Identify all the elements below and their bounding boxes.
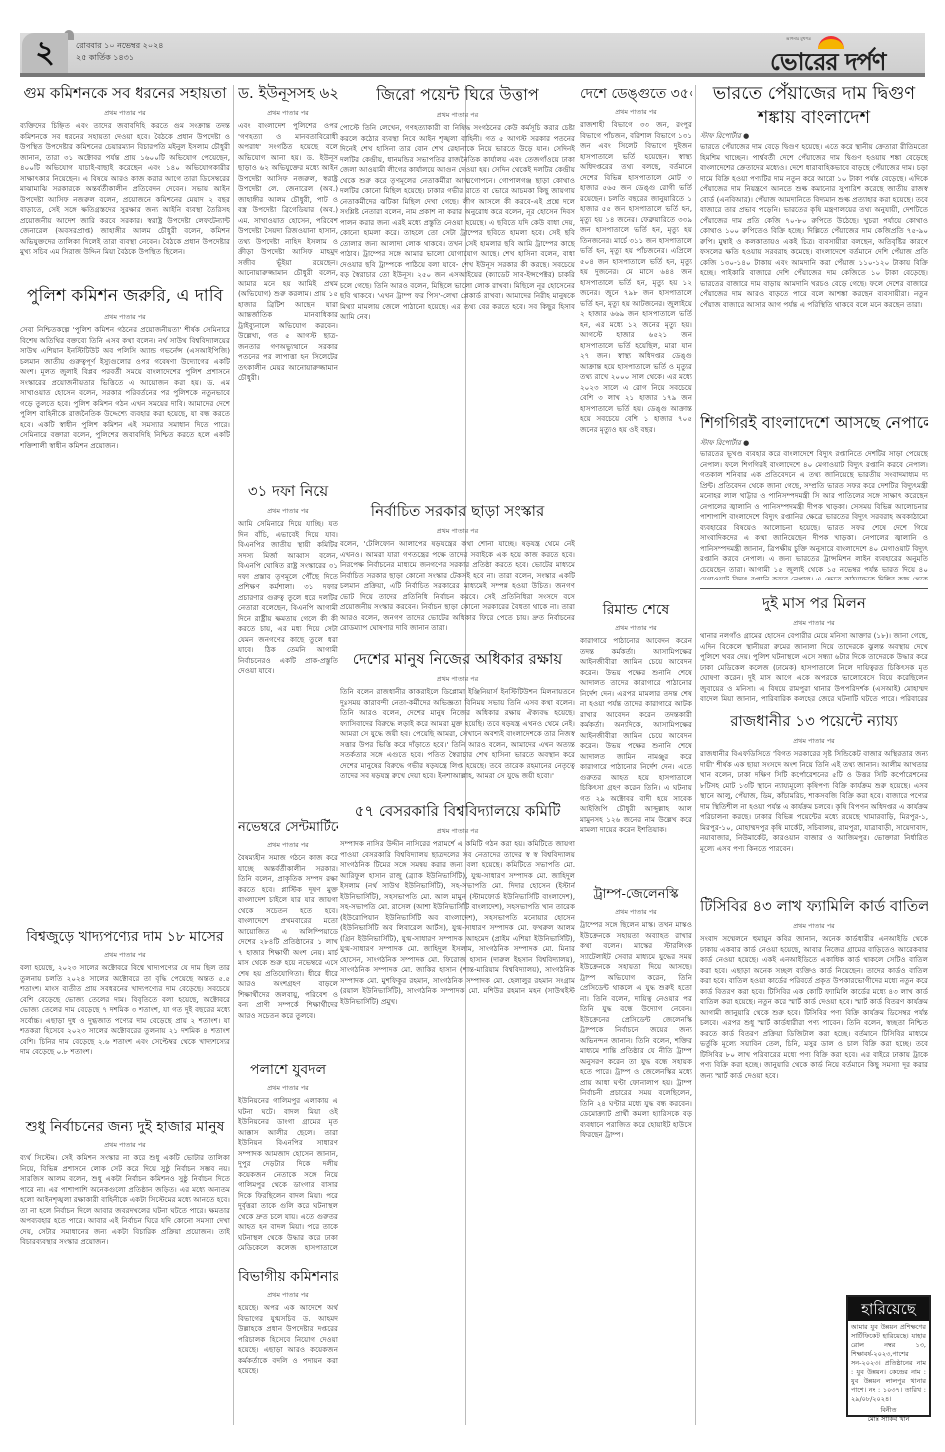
headline: গুম কমিশনকে সব ধরনের সহায়তা	[20, 82, 230, 107]
continued-label: প্রথম পাতার পর	[20, 312, 230, 323]
article-57-universities: ৫৭ বেসরকারি বিশ্ববিদ্যালয়ে কমিটি প্রথম …	[340, 800, 575, 1435]
lost-notice-sign-name: মোঃ সাকিব খান	[848, 1415, 929, 1424]
article-body: রাজশাহী বিভাগে ৩৩ জন, রংপুর বিভাগে পাঁচজ…	[580, 120, 692, 435]
article-body: আমি সেমিনারে দিয়ে যাচ্ছি। যত দিন বাঁচি,…	[238, 519, 338, 677]
lost-notice-sign-label: বিনীত	[848, 1406, 929, 1415]
article-body: হয়েছে। অপর এক আদেশে অর্থ বিভাগের যুগ্মস…	[238, 1303, 338, 1377]
article-body: বলা হয়েছে, ২০২৩ সালের অক্টোবরে বিশ্বে খ…	[20, 963, 230, 1058]
headline: বিশ্বজুড়ে খাদ্যপণ্যের দাম ১৮ মাসের	[20, 925, 230, 949]
headline: বিভাগীয় কমিশনার	[238, 1265, 338, 1289]
article-remand: রিমান্ড শেষে প্রথম পাতার পর কারাগারে পাঠ…	[580, 598, 692, 873]
article-body: ব্যর্থ সিস্টেম। সেই কমিশন সংস্কার না করে…	[20, 1153, 230, 1248]
article-body: রাজধানীর বিএফডিসিতে 'বিগত সরকারের সৃষ্ট …	[700, 749, 928, 854]
headline: জিরো পয়েন্ট ঘিরে উত্তাপ	[340, 82, 575, 109]
article-rights: দেশের মানুষ নিজের অধিকার রক্ষায় প্রথম প…	[340, 648, 575, 793]
continued-label: প্রথম পাতার পর	[238, 840, 338, 851]
article-fair-price: রাজধানীর ১৩ পয়েন্টে ন্যায্য প্রথম পাতার…	[700, 710, 928, 890]
article-election: শুধু নির্বাচনের জন্য দুই হাজার মানুষ প্র…	[20, 1115, 230, 1435]
article-body: এবং বাংলাদেশ পুলিশের ওপর 'গণহত্যা ও মানব…	[238, 121, 338, 384]
headline: ড. ইউনূসসহ ৬২	[238, 82, 338, 107]
article-food-prices: বিশ্বজুড়ে খাদ্যপণ্যের দাম ১৮ মাসের প্রথ…	[20, 925, 230, 1115]
continued-label: প্রথম পাতার পর	[340, 826, 575, 837]
page-number: ২	[22, 33, 68, 73]
continued-label: প্রথম পাতার পর	[238, 1083, 338, 1094]
headline: পলাশে যুবদল	[238, 1058, 338, 1082]
continued-label: প্রথম পাতার পর	[20, 108, 230, 119]
article-body: থানার নলগাঁও গ্রামের হোসেন বেপারীর মেয়ে…	[700, 631, 928, 704]
headline: ৩১ দফা নিয়ে	[238, 480, 338, 505]
lost-notice-body: আমার যুব উন্নয়ন প্রশিক্ষণের সার্টিফিকেট…	[848, 1321, 929, 1406]
article-body: তিনি বলেন রাজধানীর কাকরাইলে ডিপ্লোমা ইঞ্…	[340, 687, 575, 782]
article-reunion: দুই মাস পর মিলন প্রথম পাতার পর থানার নলগ…	[700, 592, 928, 704]
article-zero-point: জিরো পয়েন্ট ঘিরে উত্তাপ প্রথম পাতার পর …	[340, 82, 575, 490]
article-body: সংবাদ সম্মেলনে হুমায়ুন কবির জানান, অনেক…	[700, 934, 928, 1081]
date-gregorian: রোববার ১০ নভেম্বর ২০২৪	[76, 40, 163, 52]
date-block: রোববার ১০ নভেম্বর ২০২৪ ২৫ কার্তিক ১৪৩১	[76, 40, 163, 64]
headline: শুধু নির্বাচনের জন্য দুই হাজার মানুষ	[20, 1115, 230, 1139]
byline: স্টাফ রিপোর্টার ●	[700, 130, 928, 142]
article-trump-zelensky: ট্রাম্প-জেলেনস্কি প্রথম পাতার পর ট্রাম্প…	[580, 885, 692, 1435]
continued-label: প্রথম পাতার পর	[580, 107, 692, 118]
continued-label: প্রথম পাতার পর	[20, 1140, 230, 1151]
headline: শিগগিরই বাংলাদেশে আসছে নেপালের বিদ্যুৎ	[700, 410, 928, 437]
continued-label: প্রথম পাতার পর	[340, 674, 575, 685]
continued-label: প্রথম পাতার পর	[700, 921, 928, 932]
headline: ট্রাম্প-জেলেনস্কি	[580, 885, 692, 906]
headline: টিসিবির ৪৩ লাখ ফ্যামিলি কার্ড বাতিল	[700, 895, 928, 920]
article-body: ব্যক্তিদের চিহ্নিত এবং তাদের জবাবদিহি কর…	[20, 121, 230, 258]
headline: পুলিশ কমিশন জরুরি, এ দাবি	[20, 283, 230, 311]
article-divisional-commissioner: বিভাগীয় কমিশনার প্রথম পাতার পর হয়েছে। …	[238, 1265, 338, 1435]
headline: দেশে ডেঙ্গুতে ৩৫০	[580, 82, 692, 106]
section-rule	[700, 588, 928, 589]
article-nepal-electricity: শিগগিরই বাংলাদেশে আসছে নেপালের বিদ্যুৎ স…	[700, 410, 928, 580]
continued-label: প্রথম পাতার পর	[700, 736, 928, 747]
article-body: ভারতে পেঁয়াজের দাম বেড়ে দ্বিগুণ হয়েছে…	[700, 142, 928, 310]
article-31-points: ৩১ দফা নিয়ে প্রথম পাতার পর আমি সেমিনারে…	[238, 480, 338, 780]
article-yunus: ড. ইউনূসসহ ৬২ প্রথম পাতার পর এবং বাংলাদে…	[238, 82, 338, 472]
headline: রাজধানীর ১৩ পয়েন্টে ন্যায্য	[700, 710, 928, 735]
article-dengue: দেশে ডেঙ্গুতে ৩৫০ প্রথম পাতার পর রাজশাহী…	[580, 82, 692, 587]
article-tcb-cards: টিসিবির ৪৩ লাখ ফ্যামিলি কার্ড বাতিল প্রথ…	[700, 895, 928, 1290]
article-palash: পলাশে যুবদল প্রথম পাতার পর ইউনিয়নের গাল…	[238, 1058, 338, 1253]
headline: দুই মাস পর মিলন	[700, 592, 928, 617]
byline: স্টাফ রিপোর্টার ●	[700, 437, 928, 449]
article-gum-commission: গুম কমিশনকে সব ধরনের সহায়তা প্রথম পাতার…	[20, 82, 230, 270]
article-body: সম্পাদক নাসির উদ্দীন নাসিরের পরামর্শে এ …	[340, 839, 575, 1007]
continued-label: প্রথম পাতার পর	[580, 623, 692, 634]
headline: ৫৭ বেসরকারি বিশ্ববিদ্যালয়ে কমিটি	[340, 800, 575, 825]
headline: রিমান্ড শেষে	[580, 598, 692, 622]
headline: ভারতে পেঁয়াজের দাম দ্বিগুণ	[700, 82, 928, 106]
article-body: বৈষম্যহীন সমাজ গঠনে কাজ করে যাচ্ছে অন্তর…	[238, 853, 338, 1021]
column-divider	[233, 85, 234, 1425]
article-reform: নির্বাচিত সরকার ছাড়া সংস্কার প্রথম পাতা…	[340, 500, 575, 640]
headline: দেশের মানুষ নিজের অধিকার রক্ষায়	[340, 648, 575, 673]
continued-label: প্রথম পাতার পর	[20, 950, 230, 961]
logo-name: ভোরের দর্পণ	[770, 44, 885, 84]
article-body: ভারতের ভূখণ্ড ব্যবহার করে বাংলাদেশে বিদ্…	[700, 449, 928, 580]
lost-notice-box: হারিয়েছে আমার যুব উন্নয়ন প্রশিক্ষণের স…	[846, 1295, 931, 1417]
logo-tagline: আপনার মুখপত্র	[786, 36, 811, 43]
article-police-commission: পুলিশ কমিশন জরুরি, এ দাবি প্রথম পাতার পর…	[20, 283, 230, 913]
continued-label: প্রথম পাতার পর	[238, 1290, 338, 1301]
lost-notice-title: হারিয়েছে	[848, 1297, 929, 1321]
article-body: পোস্টে তিনি লেখেন, গণহত্যাকারী বা নিষিদ্…	[340, 123, 575, 323]
continued-label: প্রথম পাতার পর	[340, 526, 575, 537]
article-body: বলেন, 'টেলিফোন আলাপের ষড়যন্ত্রের কথা শো…	[340, 539, 575, 634]
headline: নির্বাচিত সরকার ছাড়া সংস্কার	[340, 500, 575, 525]
continued-label: প্রথম পাতার পর	[238, 108, 338, 119]
continued-label: প্রথম পাতার পর	[340, 110, 575, 121]
newspaper-logo[interactable]: আপনার মুখপত্র ভোরের দর্পণ	[760, 36, 925, 72]
headline-line2: শঙ্কায় বাংলাদেশ	[700, 106, 928, 130]
article-saint-martin: নভেম্বরে সেন্টমার্টিনে প্রথম পাতার পর বৈ…	[238, 818, 338, 1048]
article-onion-prices: ভারতে পেঁয়াজের দাম দ্বিগুণ শঙ্কায় বাংল…	[700, 82, 928, 402]
column-divider	[695, 85, 696, 1425]
continued-label: প্রথম পাতার পর	[238, 506, 338, 517]
continued-label: প্রথম পাতার পর	[580, 907, 692, 918]
article-body: ইউনিয়নের গালিমপুর এলাকায় এ ঘটনা ঘটে। ব…	[238, 1096, 338, 1253]
article-body: ট্রাম্পের সঙ্গে ছিলেন মাস্ক। তখন মাস্কও …	[580, 920, 692, 1141]
continued-label: প্রথম পাতার পর	[700, 618, 928, 629]
date-bengali: ২৫ কার্তিক ১৪৩১	[76, 52, 163, 64]
article-body: কারাগারে পাঠানোর আবেদন করেন তদন্ত কর্মকর…	[580, 636, 692, 836]
article-body: সেবা নিশ্চিতকল্পে 'পুলিশ কমিশন গঠনের প্র…	[20, 325, 230, 451]
headline: নভেম্বরে সেন্টমার্টিনে	[238, 818, 338, 839]
